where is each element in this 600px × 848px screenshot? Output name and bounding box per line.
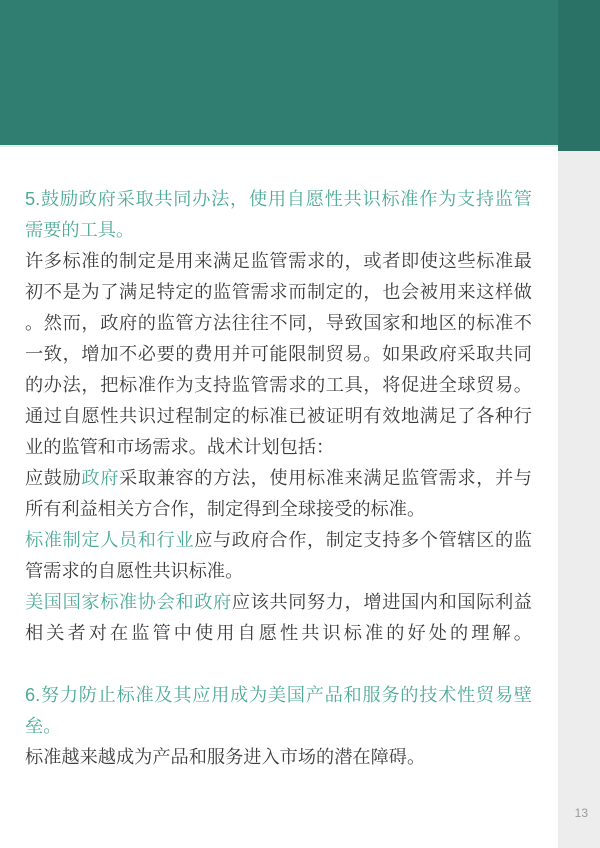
body-text-line: 相关者对在监管中使用自愿性共识标准的好处的理解。 (25, 618, 532, 649)
body-text-line: 美国国家标准协会和政府应该共同努力，增进国内和国际利益 (25, 587, 532, 618)
body-text-line: 初不是为了满足特定的监管需求而制定的，也会被用来这样做 (25, 277, 532, 308)
body-text-line: 的办法，把标准作为支持监管需求的工具，将促进全球贸易。 (25, 370, 532, 401)
text-segment: 标准越来越成为产品和服务进入市场的潜在障碍。 (25, 747, 425, 767)
text-segment: 的办法，把标准作为支持监管需求的工具，将促进全球贸易。 (25, 375, 532, 395)
body-text-line: 所有利益相关方合作，制定得到全球接受的标准。 (25, 494, 532, 525)
text-segment: 应鼓励 (25, 468, 81, 488)
body-text-line: 。然而，政府的监管方法往往不同，导致国家和地区的标准不 (25, 308, 532, 339)
accent-text-segment: 美国国家标准协会和政府 (25, 592, 232, 612)
body-text-line: 一致，增加不必要的费用并可能限制贸易。如果政府采取共同 (25, 339, 532, 370)
text-segment: 管需求的自愿性共识标准。 (25, 561, 243, 581)
accent-text-segment: 标准制定人员和行业 (25, 530, 194, 550)
body-text-line: 应鼓励政府采取兼容的方法，使用标准来满足监管需求，并与 (25, 463, 532, 494)
text-segment: 初不是为了满足特定的监管需求而制定的，也会被用来这样做 (25, 282, 532, 302)
body-text-line: 标准制定人员和行业应与政府合作，制定支持多个管辖区的监 (25, 525, 532, 556)
content-area: 5.鼓励政府采取共同办法，使用自愿性共识标准作为支持监管需要的工具。许多标准的制… (25, 184, 532, 773)
text-segment: 业的监管和市场需求。战术计划包括： (25, 437, 334, 457)
accent-text-segment: 垒。 (25, 716, 61, 736)
text-segment: 一致，增加不必要的费用并可能限制贸易。如果政府采取共同 (25, 344, 532, 364)
text-segment: 采取兼容的方法，使用标准来满足监管需求，并与 (119, 468, 532, 488)
page-container: { "page": { "banner_color": "#2f7e71", "… (0, 0, 600, 848)
section-5-heading-line: 需要的工具。 (25, 215, 532, 246)
section-6-heading-line: 垒。 (25, 711, 532, 742)
accent-text-segment: 6.努力防止标准及其应用成为美国产品和服务的技术性贸易壁 (25, 685, 532, 705)
body-text-line: 通过自愿性共识过程制定的标准已被证明有效地满足了各种行 (25, 401, 532, 432)
body-text-line: 许多标准的制定是用来满足监管需求的，或者即使这些标准最 (25, 246, 532, 277)
accent-text-segment: 需要的工具。 (25, 220, 134, 240)
body-text-line: 管需求的自愿性共识标准。 (25, 556, 532, 587)
text-segment: 许多标准的制定是用来满足监管需求的，或者即使这些标准最 (25, 251, 532, 271)
accent-text-segment: 5.鼓励政府采取共同办法，使用自愿性共识标准作为支持监管 (25, 189, 532, 209)
text-segment: 。然而，政府的监管方法往往不同，导致国家和地区的标准不 (25, 313, 532, 333)
section-6-heading-line: 6.努力防止标准及其应用成为美国产品和服务的技术性贸易壁 (25, 680, 532, 711)
body-text-line: 业的监管和市场需求。战术计划包括： (25, 432, 532, 463)
accent-text-segment: 政府 (81, 468, 119, 488)
body-text-line: 标准越来越成为产品和服务进入市场的潜在障碍。 (25, 742, 532, 773)
header-banner (0, 0, 558, 147)
text-segment: 相关者对在监管中使用自愿性共识标准的好处的理解。 (25, 623, 532, 643)
page-number: 13 (558, 805, 588, 821)
text-segment: 通过自愿性共识过程制定的标准已被证明有效地满足了各种行 (25, 406, 532, 426)
section-5-heading-line: 5.鼓励政府采取共同办法，使用自愿性共识标准作为支持监管 (25, 184, 532, 215)
text-segment: 应该共同努力，增进国内和国际利益 (232, 592, 532, 612)
header-banner-margin (558, 0, 600, 151)
text-segment: 所有利益相关方合作，制定得到全球接受的标准。 (25, 499, 425, 519)
text-segment: 应与政府合作，制定支持多个管辖区的监 (194, 530, 532, 550)
